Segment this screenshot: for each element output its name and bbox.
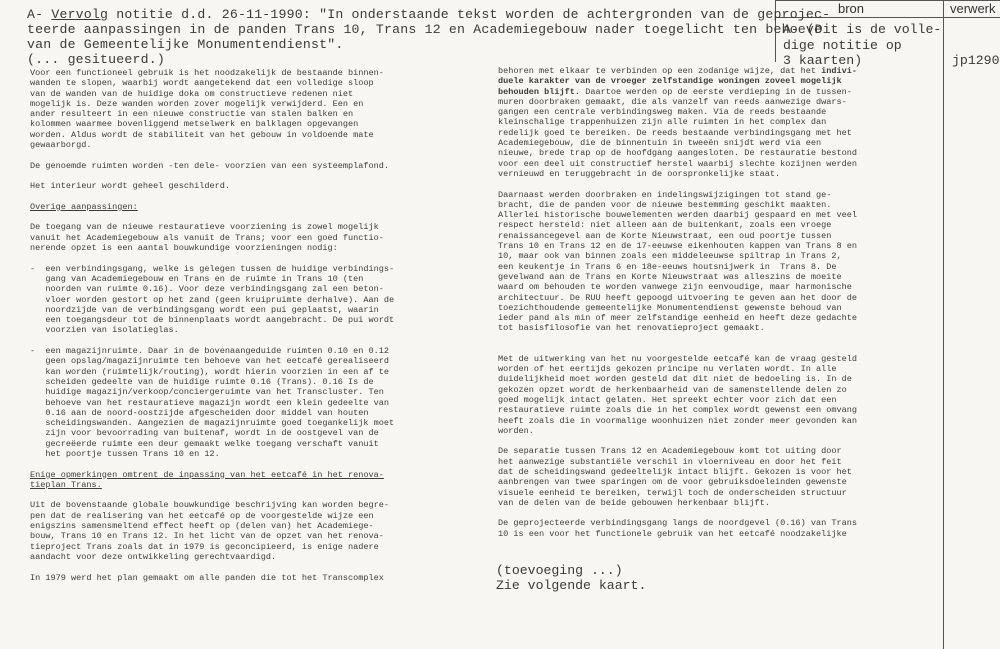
- bullet-storage-room: - een magazijnruimte. Daar in de bovenaa…: [30, 346, 394, 459]
- heading-other-adjustments: Overige aanpassingen:: [30, 202, 394, 212]
- paragraph-historic-elements: Daarnaast werden doorbraken en indelings…: [498, 190, 857, 334]
- header-line-1-rest: notitie d.d. 26-11-1990: "In onderstaand…: [108, 7, 830, 22]
- column-header-bron: bron: [838, 1, 864, 16]
- paragraph-1979-plan: In 1979 werd het plan gemaakt om alle pa…: [30, 573, 394, 583]
- verwerk-cell-text: jp1290: [952, 53, 999, 69]
- header-line-4: (... gesitueerd.): [27, 52, 165, 67]
- header-vervolg: Vervolg: [51, 7, 108, 22]
- header-prefix: A-: [27, 7, 51, 22]
- paragraph-access: De toegang van de nieuwe restauratieve v…: [30, 222, 394, 253]
- bullet-connecting-corridor: - een verbindingsgang, welke is gelegen …: [30, 264, 394, 336]
- paragraph-separation: De separatie tussen Trans 12 en Academie…: [498, 446, 857, 508]
- heading-remarks-eetcafe: Enige opmerkingen omtrent de inpassing v…: [30, 470, 394, 491]
- paragraph-interior-painted: Het interieur wordt geheel geschilderd.: [30, 181, 394, 191]
- header-line-3: van de Gemeentelijke Monumentendienst".: [27, 37, 343, 52]
- table-verwerk-left-border: [943, 0, 944, 649]
- paragraph-projected-corridor: De geprojecteerde verbindingsgang langs …: [498, 518, 857, 539]
- column-header-verwerk: verwerk: [950, 1, 996, 16]
- text-segment: behoren met elkaar te verbinden op een z…: [498, 66, 821, 76]
- right-text-column: behoren met elkaar te verbinden op een z…: [498, 66, 857, 543]
- header-line-2: teerde aanpassingen in de panden Trans 1…: [27, 22, 822, 37]
- paragraph-global-description: Uit de bovenstaande globale bouwkundige …: [30, 500, 394, 562]
- header-line-1: A- Vervolg notitie d.d. 26-11-1990: "In …: [27, 7, 830, 22]
- paragraph-connect-buildings: behoren met elkaar te verbinden op een z…: [498, 66, 857, 179]
- paragraph-system-ceiling: De genoemde ruimten worden -ten dele- vo…: [30, 161, 394, 171]
- footer-see-next-card: Zie volgende kaart.: [496, 578, 646, 594]
- paragraph-elaboration-eetcafe: Met de uitwerking van het nu voorgesteld…: [498, 354, 857, 436]
- text-segment: Daartoe werden op de eerste verdieping i…: [498, 87, 857, 179]
- footer-addition-note: (toevoeging ...): [496, 563, 623, 579]
- left-text-column: Voor een functioneel gebruik is het nood…: [30, 68, 394, 593]
- paragraph-functional-use: Voor een functioneel gebruik is het nood…: [30, 68, 394, 150]
